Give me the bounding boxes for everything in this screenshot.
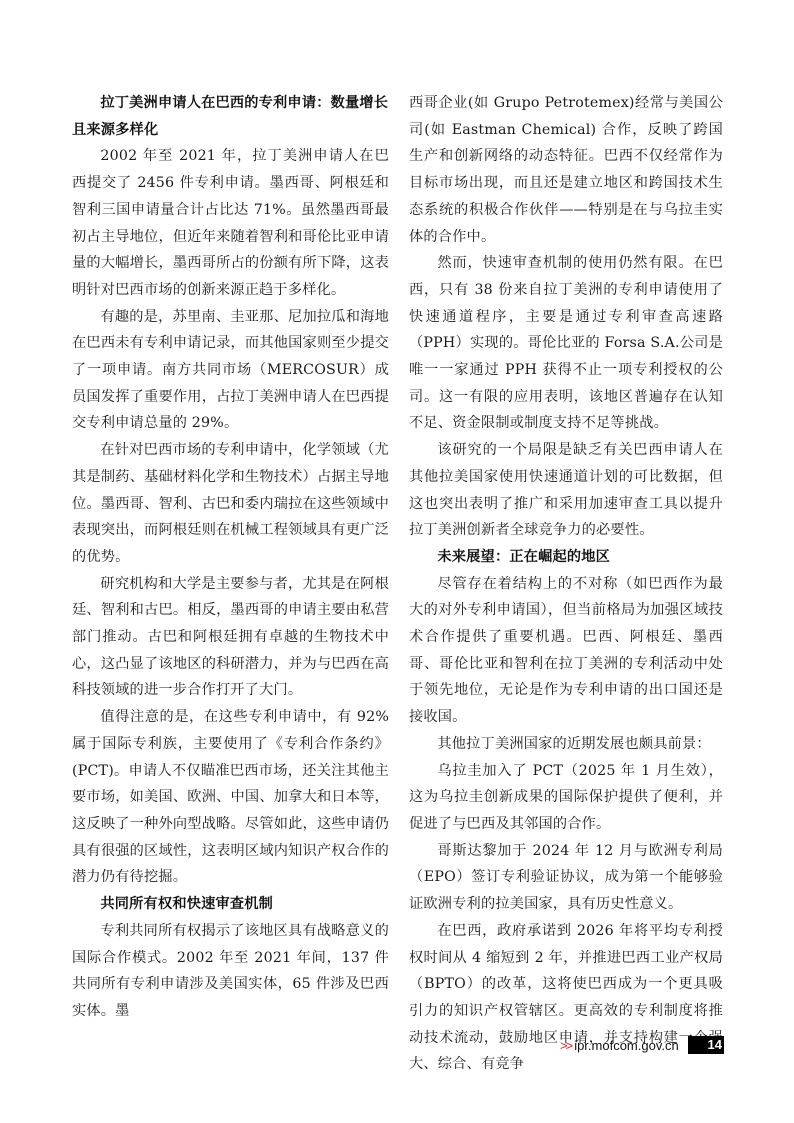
paragraph: 专利共同所有权揭示了该地区具有战略意义的国际合作模式。2002 年至 2021 … xyxy=(72,918,389,1025)
double-chevron-right-icon: >> xyxy=(560,1038,571,1053)
page-number: 14 xyxy=(688,1036,724,1054)
paragraph: 哥斯达黎加于 2024 年 12 月与欧洲专利局（EPO）签订专利验证协议，成为… xyxy=(409,838,723,918)
footer-site-link[interactable]: ipr.mofcom.gov.cn xyxy=(574,1038,679,1053)
paragraph: 研究机构和大学是主要参与者，尤其是在阿根廷、智利和古巴。相反，墨西哥的申请主要由… xyxy=(72,571,389,705)
paragraph: 其他拉丁美洲国家的近期发展也颇具前景： xyxy=(409,731,723,758)
section-heading-outlook: 未来展望：正在崛起的地区 xyxy=(409,544,723,571)
left-column: 拉丁美洲申请人在巴西的专利申请：数量增长且来源多样化 2002 年至 2021 … xyxy=(72,90,389,1025)
paragraph-continuation: 西哥企业(如 Grupo Petrotemex)经常与美国公司(如 Eastma… xyxy=(409,90,723,250)
paragraph: 值得注意的是，在这些专利申请中，有 92%属于国际专利族，主要使用了《专利合作条… xyxy=(72,704,389,891)
paragraph: 2002 年至 2021 年，拉丁美洲申请人在巴西提交了 2456 件专利申请。… xyxy=(72,143,389,303)
paragraph: 在针对巴西市场的专利申请中，化学领域（尤其是制药、基础材料化学和生物技术）占据主… xyxy=(72,437,389,571)
paragraph: 尽管存在着结构上的不对称（如巴西作为最大的对外专利申请国），但当前格局为加强区域… xyxy=(409,571,723,731)
right-column: 西哥企业(如 Grupo Petrotemex)经常与美国公司(如 Eastma… xyxy=(409,90,723,1078)
paragraph: 然而，快速审查机制的使用仍然有限。在巴西，只有 38 份来自拉丁美洲的专利申请使… xyxy=(409,250,723,437)
paragraph: 乌拉圭加入了 PCT（2025 年 1 月生效），这为乌拉圭创新成果的国际保护提… xyxy=(409,758,723,838)
paragraph: 有趣的是，苏里南、圭亚那、尼加拉瓜和海地在巴西未有专利申请记录，而其他国家则至少… xyxy=(72,304,389,438)
page-footer: >> ipr.mofcom.gov.cn 14 xyxy=(560,1034,679,1056)
paragraph: 该研究的一个局限是缺乏有关巴西申请人在其他拉美国家使用快速通道计划的可比数据，但… xyxy=(409,437,723,544)
section-heading-co-ownership: 共同所有权和快速审查机制 xyxy=(72,891,389,918)
section-heading-applications: 拉丁美洲申请人在巴西的专利申请：数量增长且来源多样化 xyxy=(72,90,389,143)
